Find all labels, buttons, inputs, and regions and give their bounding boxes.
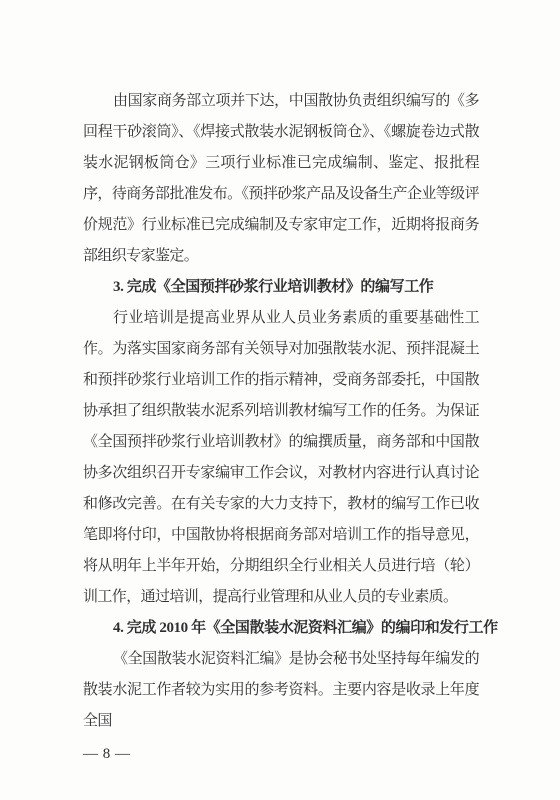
page-body: 由国家商务部立项并下达，中国散协负责组织编写的《多回程干砂滚筒》、《焊接式散装水…	[83, 86, 479, 770]
page-number: — 8 —	[83, 739, 479, 770]
document-page: 由国家商务部立项并下达，中国散协负责组织编写的《多回程干砂滚筒》、《焊接式散装水…	[0, 0, 560, 800]
paragraph-compilation: 《全国散装水泥资料汇编》是协会秘书处坚持每年编发的散装水泥工作者较为实用的参考资…	[83, 644, 479, 737]
paragraph-standards: 由国家商务部立项并下达，中国散协负责组织编写的《多回程干砂滚筒》、《焊接式散装水…	[83, 86, 479, 272]
section-heading-4: 4. 完成 2010 年《全国散装水泥资料汇编》的编印和发行工作	[83, 613, 479, 644]
paragraph-training: 行业培训是提高业界从业人员业务素质的重要基础性工作。为落实国家商务部有关领导对加…	[83, 303, 479, 613]
section-heading-3: 3. 完成《全国预拌砂浆行业培训教材》的编写工作	[83, 272, 479, 303]
